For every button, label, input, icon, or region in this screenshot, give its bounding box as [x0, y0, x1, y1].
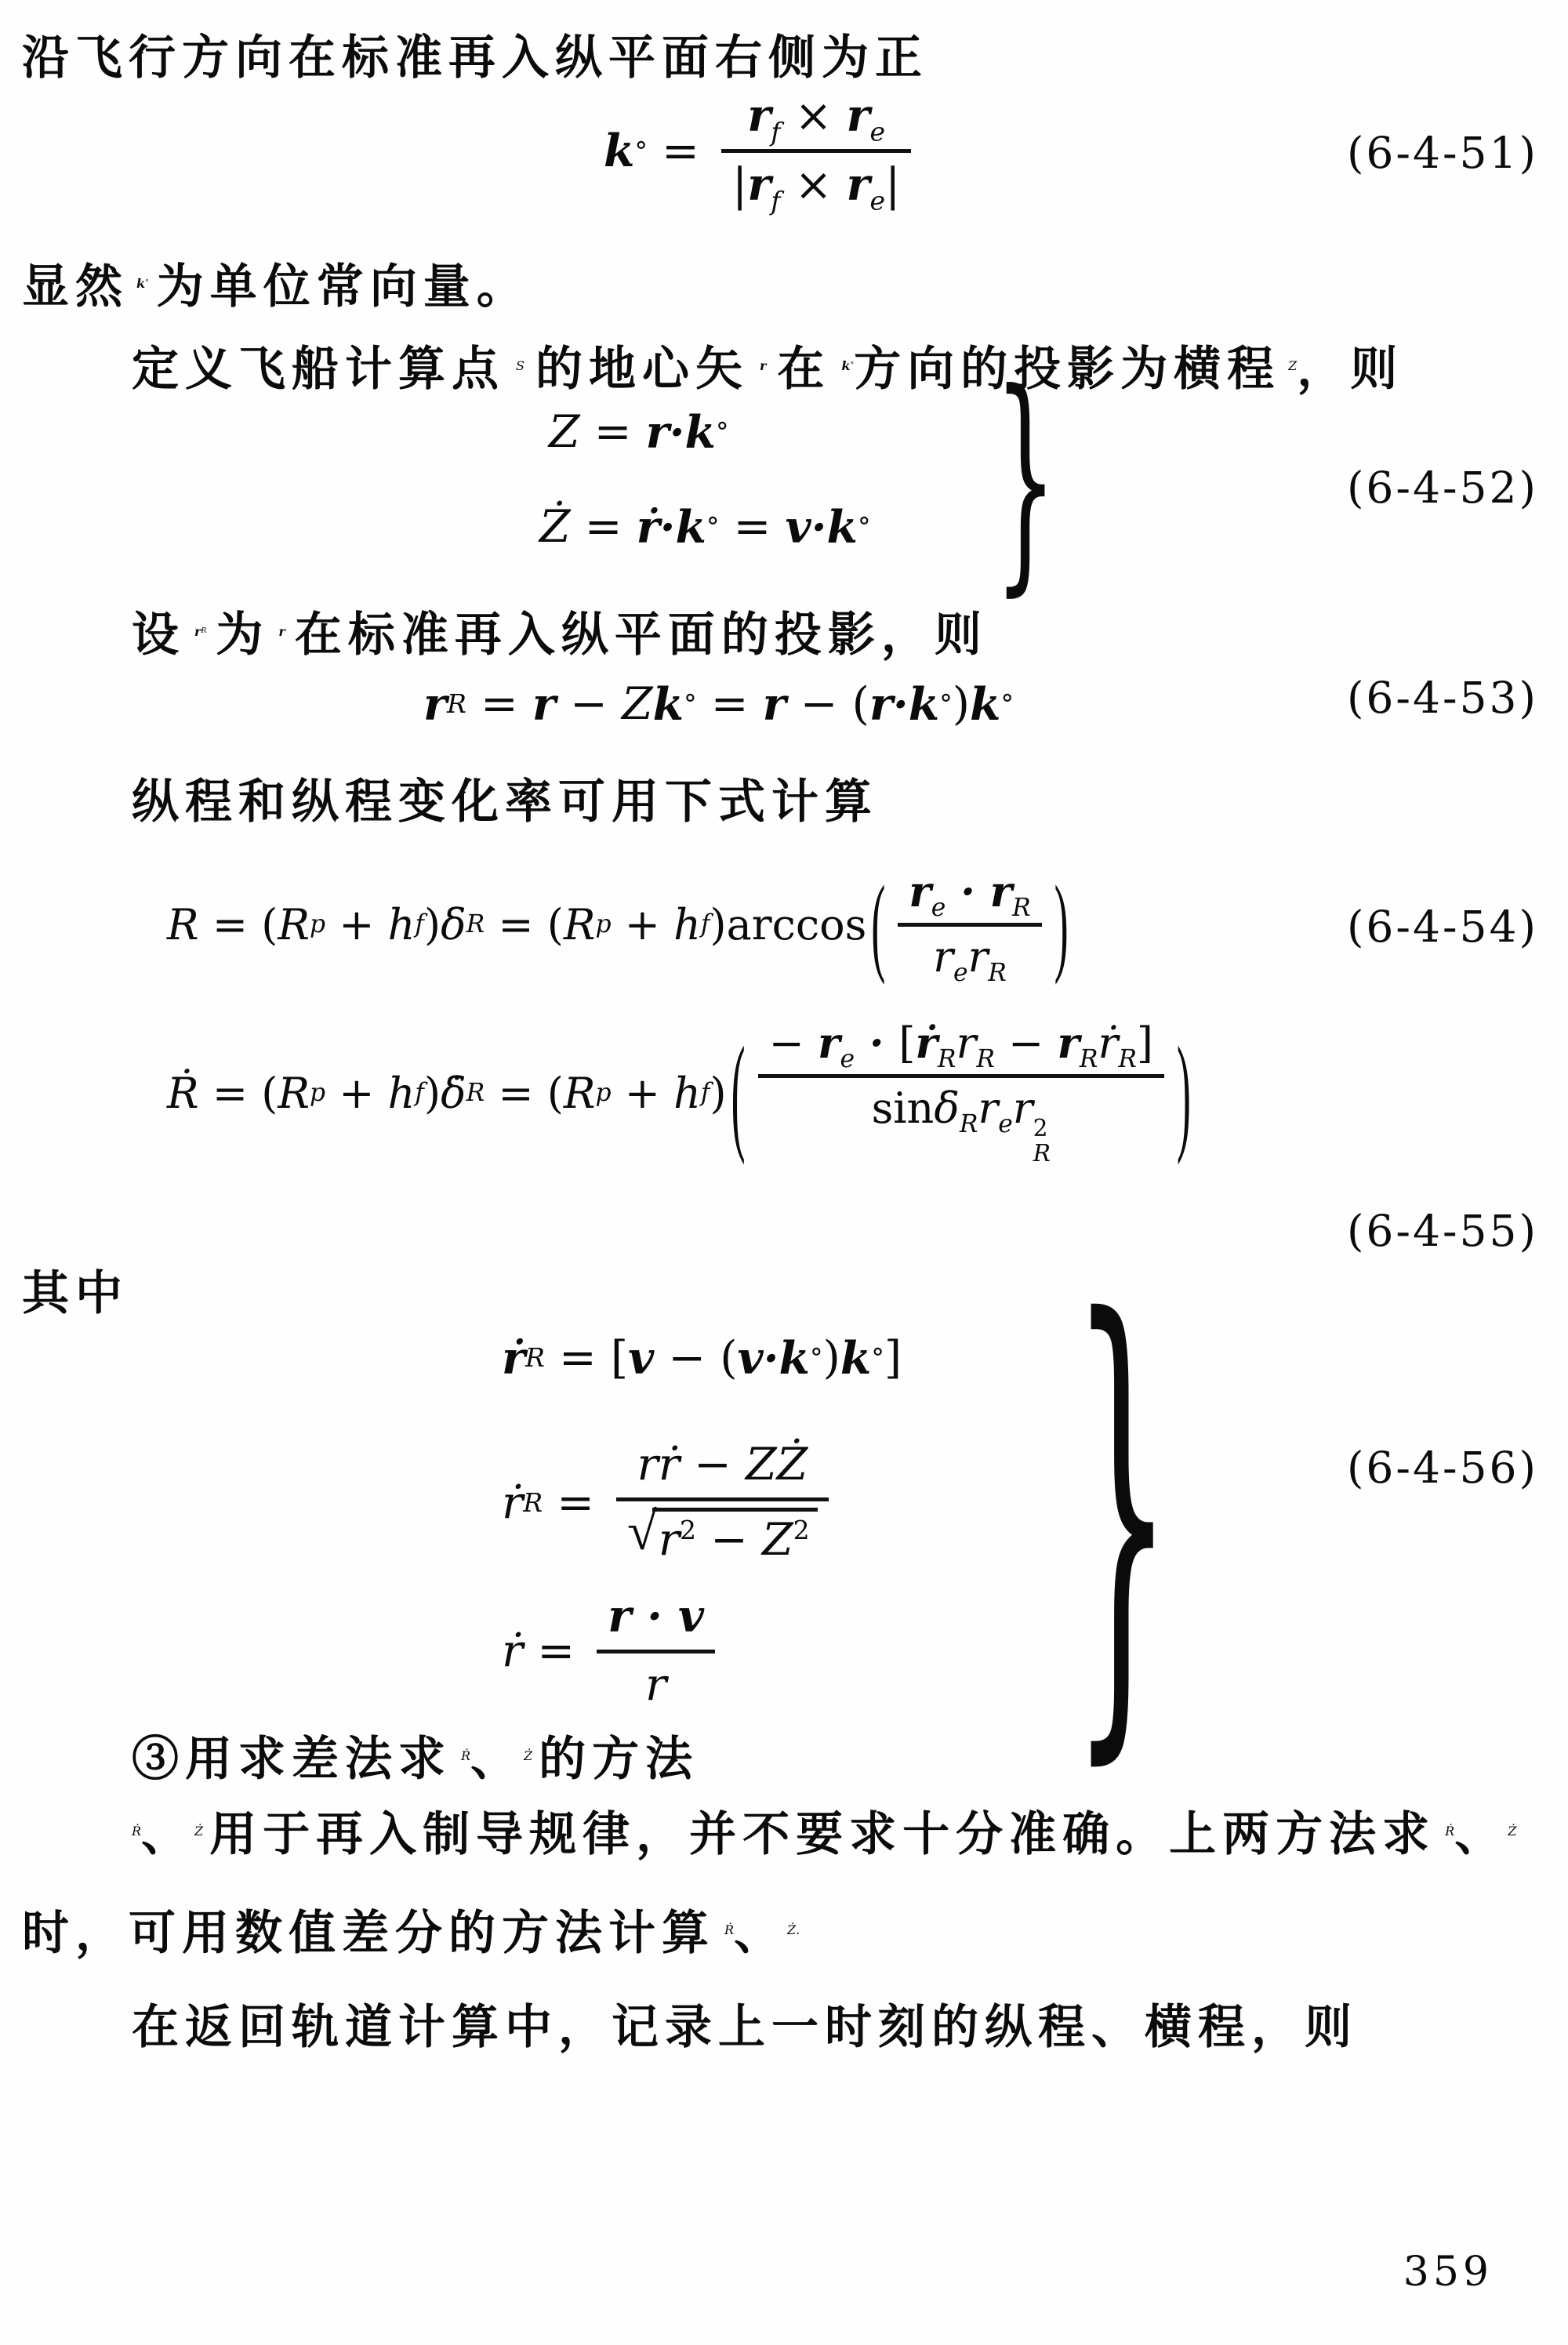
equation-6-4-55: Ṙ = (Rp + hf)δ̇R = (Rp + hf)(− re · [ṙRr… [167, 1007, 1196, 1178]
paragraph-downrange-rate: 纵程和纵程变化率可用下式计算 [132, 764, 878, 832]
equation-label-6-4-52: (6-4-52) [1347, 463, 1538, 513]
equation-label-6-4-51: (6-4-51) [1347, 128, 1538, 178]
right-brace-icon: } [1071, 1261, 1173, 1762]
paragraph-unit-vector: 显然k°为单位常向量。 [22, 249, 530, 317]
equation-label-6-4-56: (6-4-56) [1347, 1443, 1538, 1493]
right-brace-icon: } [994, 362, 1057, 597]
paragraph-define-crossrange: 定义飞船计算点S的地心矢r在k°方向的投影为横程Z，则 [132, 332, 1403, 399]
equation-6-4-52-row2: Ż = ṙ · k° = v · k° [539, 491, 871, 563]
paragraph-return-orbit-record: 在返回轨道计算中，记录上一时刻的纵程、横程，则 [132, 1990, 1358, 2057]
paragraph-difference-method-title: ③用求差法求Ṙ、Ż的方法 [132, 1722, 699, 1789]
equation-label-6-4-55: (6-4-55) [1347, 1206, 1538, 1256]
equation-6-4-56-row3: ṙ = r · vr [502, 1593, 723, 1709]
scanned-book-page: 沿飞行方向在标准再入纵平面右侧为正 k° = rf × re|rf × re| … [0, 0, 1568, 2345]
equation-label-6-4-53: (6-4-53) [1347, 673, 1538, 723]
equation-6-4-52-row1: Z = r · k° [549, 400, 729, 464]
equation-6-4-56-row1: ṙR = [v − (v · k°)k°] [502, 1322, 902, 1394]
paragraph-guidance-accuracy-line2: 时，可用数值差分的方法计算Ṙ、Ż. [22, 1896, 800, 1963]
equation-6-4-56-row2: ṙR = rṙ − ZŻ√r2 − Z2 [502, 1425, 837, 1581]
equation-6-4-53: rR = r − Zk° = r − (r · k°)k° [423, 668, 1014, 740]
paragraph-guidance-accuracy-line1: Ṙ、Ż用于再入制导规律，并不要求十分准确。上两方法求Ṙ、Ż [132, 1797, 1516, 1864]
equation-6-4-54: R = (Rp + hf)δR = (Rp + hf)arccos(re · r… [167, 843, 1073, 1006]
equation-label-6-4-54: (6-4-54) [1347, 902, 1538, 952]
paragraph-projection-plane: 设rR为r在标准再入纵平面的投影，则 [132, 597, 988, 665]
paragraph-where: 其中 [22, 1256, 129, 1323]
equation-6-4-51: k° = rf × re|rf × re| [604, 74, 919, 227]
page-number: 359 [1403, 2249, 1493, 2296]
